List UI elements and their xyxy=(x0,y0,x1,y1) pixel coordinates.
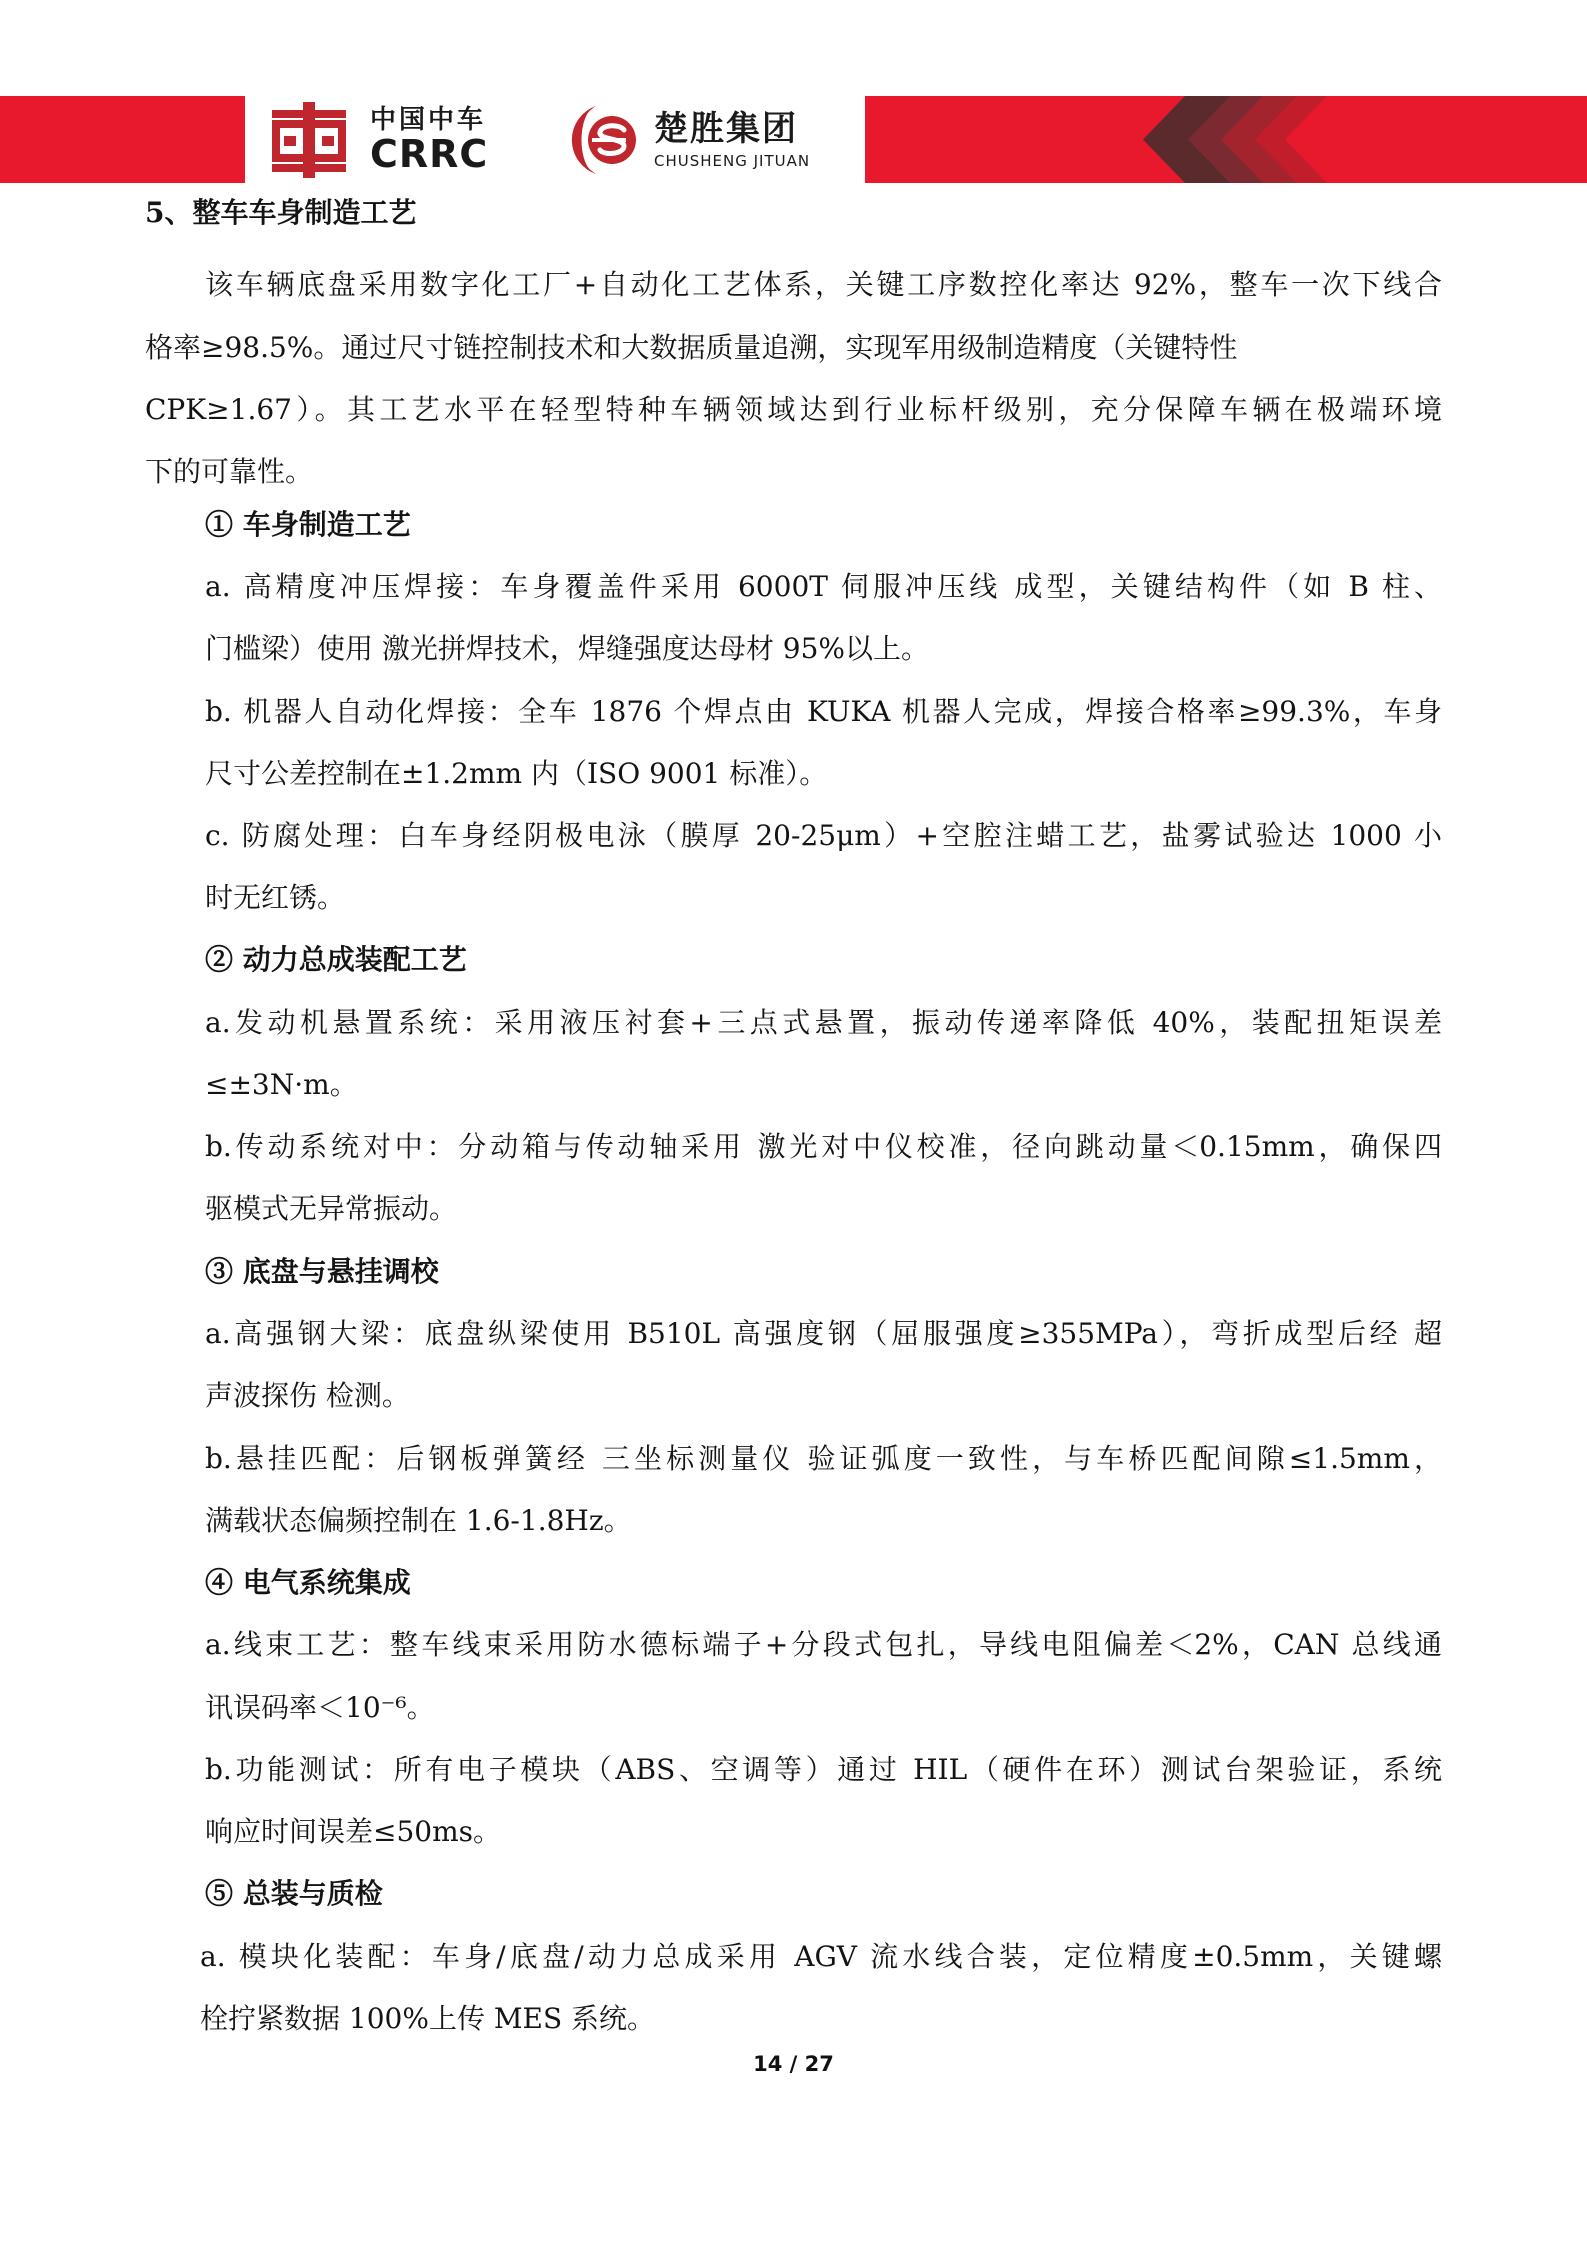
list-item-line: 栓拧紧数据 100%上传 MES 系统。 xyxy=(200,1999,655,2039)
list-item-line: a. 高精度冲压焊接：车身覆盖件采用 6000T 伺服冲压线 成型，关键结构件（… xyxy=(205,567,1442,607)
chusheng-emblem-icon xyxy=(562,102,642,178)
chevron-arrows-icon xyxy=(865,96,1587,183)
paragraph-line: 该车辆底盘采用数字化工厂+自动化工艺体系，关键工序数控化率达 92%，整车一次下… xyxy=(205,265,1442,305)
chusheng-chinese-name: 楚胜集团 xyxy=(654,112,810,146)
list-item-line: 驱模式无异常振动。 xyxy=(205,1189,457,1229)
chusheng-logo: 楚胜集团 CHUSHENG JITUAN xyxy=(562,102,810,178)
list-item-line: c. 防腐处理：白车身经阴极电泳（膜厚 20-25μm）+空腔注蜡工艺，盐雾试验… xyxy=(205,816,1442,856)
list-item-line: b. 机器人自动化焊接：全车 1876 个焊点由 KUKA 机器人完成，焊接合格… xyxy=(205,692,1442,732)
subsection-heading: ② 动力总成装配工艺 xyxy=(205,940,467,980)
subsection-heading: ③ 底盘与悬挂调校 xyxy=(205,1252,439,1292)
list-item-line: 响应时间误差≤50ms。 xyxy=(205,1812,501,1852)
crrc-english-name: CRRC xyxy=(370,135,488,173)
subsection-heading: ① 车身制造工艺 xyxy=(205,505,411,545)
page-header-banner: 中国中车 CRRC 楚胜集团 CHUSHENG JITUAN xyxy=(0,96,1587,183)
crrc-logo: 中国中车 CRRC xyxy=(268,102,488,178)
header-red-bar-left xyxy=(0,96,245,183)
list-item-line: 门槛梁）使用 激光拼焊技术，焊缝强度达母材 95%以上。 xyxy=(205,629,929,669)
section-title: 5、整车车身制造工艺 xyxy=(145,193,416,233)
chusheng-english-name: CHUSHENG JITUAN xyxy=(654,154,810,169)
list-item-line: ≤±3N·m。 xyxy=(205,1065,358,1105)
paragraph-line: CPK≥1.67）。其工艺水平在轻型特种车辆领域达到行业标杆级别，充分保障车辆在… xyxy=(145,390,1442,430)
paragraph-line: 下的可靠性。 xyxy=(145,452,313,492)
subsection-heading: ④ 电气系统集成 xyxy=(205,1563,411,1603)
list-item-line: b.功能测试：所有电子模块（ABS、空调等）通过 HIL（硬件在环）测试台架验证… xyxy=(205,1750,1442,1790)
list-item-line: b.悬挂匹配：后钢板弹簧经 三坐标测量仪 验证弧度一致性，与车桥匹配间隙≤1.5… xyxy=(205,1439,1442,1479)
list-item-line: a.高强钢大梁：底盘纵梁使用 B510L 高强度钢（屈服强度≥355MPa），弯… xyxy=(205,1314,1442,1354)
list-item-line: 尺寸公差控制在±1.2mm 内（ISO 9001 标准）。 xyxy=(205,754,827,794)
subsection-heading: ⑤ 总装与质检 xyxy=(205,1874,383,1914)
header-red-bar-right xyxy=(865,96,1587,183)
list-item-line: 声波探伤 检测。 xyxy=(205,1376,410,1416)
list-item-line: a.线束工艺：整车线束采用防水德标端子+分段式包扎，导线电阻偏差＜2%，CAN … xyxy=(205,1625,1442,1665)
list-item-line: 时无红锈。 xyxy=(205,878,345,918)
list-item-line: b.传动系统对中：分动箱与传动轴采用 激光对中仪校准，径向跳动量＜0.15mm，… xyxy=(205,1127,1442,1167)
crrc-chinese-name: 中国中车 xyxy=(370,107,488,133)
paragraph-line: 格率≥98.5%。通过尺寸链控制技术和大数据质量追溯，实现军用级制造精度（关键特… xyxy=(145,328,1237,368)
crrc-emblem-icon xyxy=(268,102,350,178)
list-item-line: 讯误码率＜10⁻⁶。 xyxy=(205,1688,435,1728)
list-item-line: a.发动机悬置系统：采用液压衬套+三点式悬置，振动传递率降低 40%，装配扭矩误… xyxy=(205,1003,1442,1043)
list-item-line: 满载状态偏频控制在 1.6-1.8Hz。 xyxy=(205,1501,632,1541)
list-item-line: a. 模块化装配：车身/底盘/动力总成采用 AGV 流水线合装，定位精度±0.5… xyxy=(200,1937,1442,1977)
page-number: 14 / 27 xyxy=(0,2052,1587,2076)
